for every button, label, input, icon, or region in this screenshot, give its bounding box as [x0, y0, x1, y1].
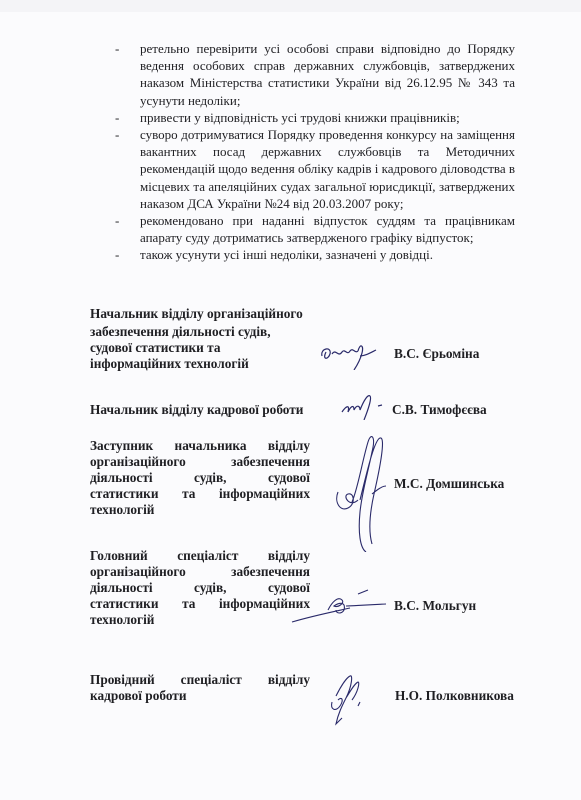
list-item: - привести у відповідність усі трудові к… [115, 109, 515, 126]
recommendations-list: - ретельно перевірити усі особові справи… [115, 40, 515, 264]
title-line: Начальник відділу кадрової роботи [90, 402, 310, 418]
bullet-dash: - [115, 126, 119, 143]
title-line: діяльності судів, судової [90, 580, 310, 596]
title-line: кадрової роботи [90, 688, 310, 704]
bullet-dash: - [115, 246, 119, 263]
signatory-title-1: Начальник відділу організаційного забезп… [90, 306, 310, 372]
signatory-name-5: Н.О. Полковникова [395, 688, 514, 704]
list-item-text: рекомендовано при наданні відпусток судд… [140, 213, 515, 245]
list-item-text: також усунути усі інші недоліки, зазначе… [140, 247, 433, 262]
signatory-name-1: В.С. Єрьоміна [394, 346, 479, 362]
title-line: Начальник відділу організаційного [90, 306, 310, 322]
signatory-name-3: М.С. Домшинська [394, 476, 504, 492]
title-line: технологій [90, 502, 310, 518]
signatory-name-4: В.С. Мольгун [394, 598, 476, 614]
signature-icon [332, 432, 392, 552]
signatory-title-3: Заступник начальника відділу організацій… [90, 438, 310, 518]
signatory-title-2: Начальник відділу кадрової роботи [90, 402, 310, 418]
list-item-text: привести у відповідність усі трудові кни… [140, 110, 460, 125]
signature-icon [288, 584, 390, 626]
title-line: Заступник начальника відділу [90, 438, 310, 454]
title-line: організаційного забезпечення [90, 564, 310, 580]
list-item: - ретельно перевірити усі особові справи… [115, 40, 515, 109]
list-item: - суворо дотримуватися Порядку проведенн… [115, 126, 515, 212]
list-item: - також усунути усі інші недоліки, зазна… [115, 246, 515, 263]
signature-icon [326, 672, 366, 728]
list-item-text: суворо дотримуватися Порядку проведення … [140, 127, 515, 211]
title-line: Головний спеціаліст відділу [90, 548, 310, 564]
title-line: Провідний спеціаліст відділу [90, 672, 310, 688]
list-item: - рекомендовано при наданні відпусток су… [115, 212, 515, 246]
title-line: організаційного забезпечення [90, 454, 310, 470]
title-line: статистики та інформаційних [90, 596, 310, 612]
signatory-title-5: Провідний спеціаліст відділу кадрової ро… [90, 672, 310, 704]
signature-icon [318, 340, 380, 370]
title-line: статистики та інформаційних [90, 486, 310, 502]
signatory-title-4: Головний спеціаліст відділу організаційн… [90, 548, 310, 628]
bullet-dash: - [115, 212, 119, 229]
title-line: судової статистики та [90, 340, 310, 356]
title-line: інформаційних технологій [90, 356, 310, 372]
bullet-dash: - [115, 40, 119, 57]
signatory-name-2: С.В. Тимофєєва [392, 402, 487, 418]
title-line: технологій [90, 612, 310, 628]
document-page: - ретельно перевірити усі особові справи… [0, 0, 581, 800]
list-item-text: ретельно перевірити усі особові справи в… [140, 41, 515, 108]
bullet-dash: - [115, 109, 119, 126]
scan-top-edge [0, 0, 581, 12]
title-line: забезпечення діяльності судів, [90, 324, 310, 340]
title-line: діяльності судів, судової [90, 470, 310, 486]
signature-icon [338, 390, 388, 420]
